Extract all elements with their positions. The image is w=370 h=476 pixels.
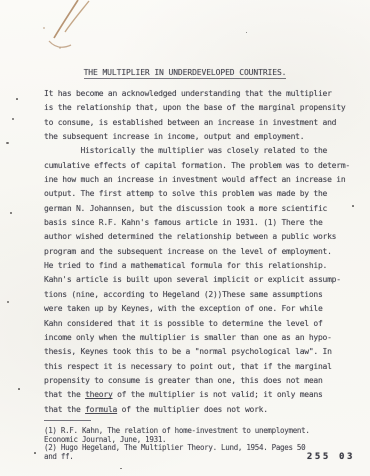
body-line: is the relationship that, upon the base … (44, 101, 358, 115)
scan-speck (120, 468, 122, 469)
scan-speck (18, 388, 20, 390)
body-line: the subsequent increase in income, outpu… (44, 130, 358, 144)
scan-speck (246, 32, 247, 33)
document-body: It has become an acknowledged understand… (44, 87, 358, 417)
body-line: Kahn considered that it is possible to d… (44, 317, 358, 331)
scan-speck (34, 452, 36, 454)
body-line: thesis, Keynes took this to be a "normal… (44, 345, 358, 359)
page-title: THE MULTIPLIER IN UNDERDEVELOPED COUNTRI… (0, 60, 370, 79)
body-line: to consume, is established between an in… (44, 116, 358, 130)
page-number-stamp: 255 03 (307, 452, 355, 462)
scan-speck (6, 142, 9, 144)
body-line: cumulative effects of capital formation.… (44, 159, 358, 173)
body-line: that the theory of the multiplier is not… (44, 388, 358, 402)
body-line: german N. Johannsen, but the discussion … (44, 202, 358, 216)
body-line: this respect it is necessary to point ou… (44, 360, 358, 374)
handwritten-pencil-mark (14, 0, 124, 62)
body-line: Kahn's article is built upon several imp… (44, 273, 358, 287)
scan-speck (10, 212, 12, 214)
body-line: program and the subsequent increase on t… (44, 245, 358, 259)
page-title-text: THE MULTIPLIER IN UNDERDEVELOPED COUNTRI… (84, 68, 287, 79)
footnote-separator (44, 420, 91, 421)
body-line: tions (nine, according to Hegeland (2))T… (44, 288, 358, 302)
scan-speck (352, 205, 354, 207)
scan-speck (16, 98, 18, 100)
body-line: output. The first attemp to solve this p… (44, 187, 358, 201)
scanned-document-page: THE MULTIPLIER IN UNDERDEVELOPED COUNTRI… (0, 0, 370, 476)
body-line: It has become an acknowledged understand… (44, 87, 358, 101)
body-line: author wished determined the relationshi… (44, 230, 358, 244)
body-line: were taken up by Keynes, with the except… (44, 302, 358, 316)
body-line: that the formula of the multiplier does … (44, 403, 358, 417)
body-line: propensity to consume is greater than on… (44, 374, 358, 388)
body-line: Historically the multiplier was closely … (44, 144, 358, 158)
body-line: income only when the multiplier is small… (44, 331, 358, 345)
body-line: basis since R.F. Kahn's famous article i… (44, 216, 358, 230)
body-line: He tried to find a mathematical formula … (44, 259, 358, 273)
scan-speck (12, 118, 14, 120)
scan-speck (7, 301, 9, 303)
body-line: ine how much an increase in investment w… (44, 173, 358, 187)
